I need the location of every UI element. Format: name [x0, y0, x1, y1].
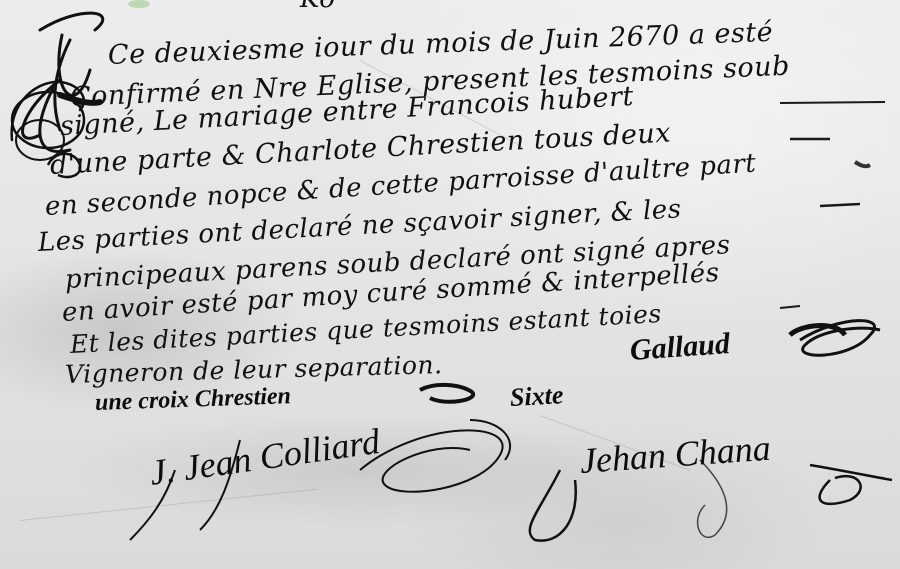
- signature-chrestien: une croix Chrestien: [95, 383, 292, 417]
- signature-jean-colliard: J. Jean Colliard: [147, 420, 382, 494]
- paper-crease: [20, 489, 318, 521]
- top-fragment-text: Ko: [300, 0, 335, 14]
- signature-jehan-chana: Jehan Chana: [579, 427, 772, 482]
- paper-stain: [128, 0, 150, 8]
- scanned-paper-background: Ko Ce deuxiesme iour du mois de Juin 267…: [0, 0, 900, 569]
- signature-sixte: Sixte: [509, 380, 564, 413]
- signature-gallaud: Gallaud: [629, 327, 731, 368]
